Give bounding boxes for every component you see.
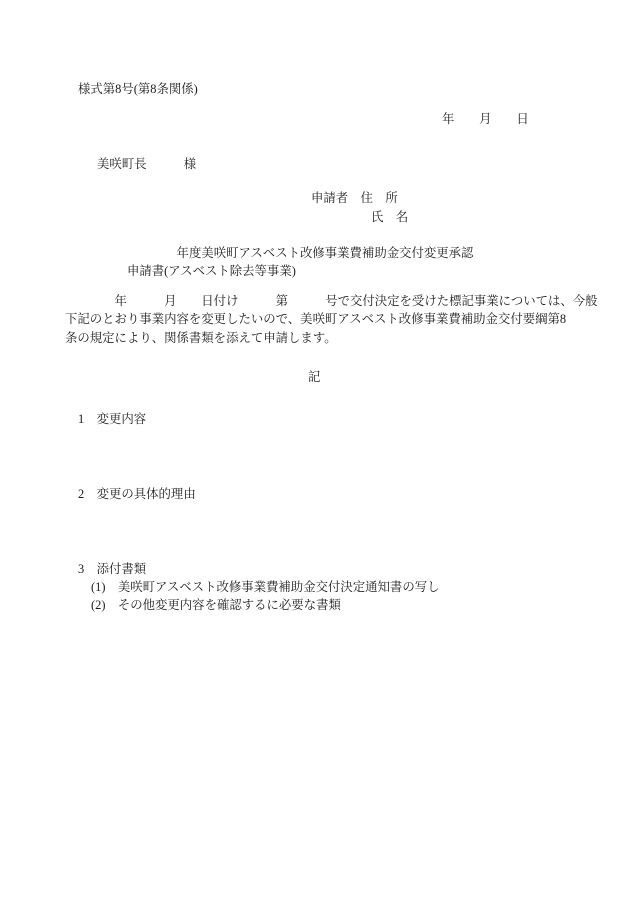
form-number: 様式第8号(第8条関係) (78, 82, 198, 98)
body-paragraph-line-2: 下記のとおり事業内容を変更したいので、美咲町アスベスト改修事業費補助金交付要綱第… (65, 312, 566, 328)
document-page: 様式第8号(第8条関係) 年 月 日 美咲町長 様 申請者 住 所 氏 名 年度… (0, 0, 630, 903)
list-item-3-attachments: 3 添付書類 (78, 562, 146, 578)
document-title-line-1: 年度美咲町アスベスト改修事業費補助金交付変更承認 (127, 246, 473, 262)
list-item-2-change-reason: 2 変更の具体的理由 (78, 487, 196, 503)
section-marker-ki: 記 (308, 370, 320, 386)
addressee-line: 美咲町長 様 (97, 157, 196, 173)
body-paragraph-line-1: 年 月 日付け 第 号で交付決定を受けた標記事業については、今般 (65, 294, 598, 310)
applicant-name-line: 氏 名 (371, 210, 408, 226)
attachment-item-2: (2) その他変更内容を確認するに必要な書類 (91, 598, 341, 614)
body-paragraph-line-3: 条の規定により、関係書類を添えて申請します。 (65, 331, 337, 347)
date-line: 年 月 日 (442, 112, 529, 128)
attachment-item-1: (1) 美咲町アスベスト改修事業費補助金交付決定通知書の写し (91, 580, 440, 596)
applicant-address-line: 申請者 住 所 (311, 191, 398, 207)
document-title-line-2: 申請書(アスベスト除去等事業) (127, 264, 296, 280)
list-item-1-change-details: 1 変更内容 (78, 412, 146, 428)
